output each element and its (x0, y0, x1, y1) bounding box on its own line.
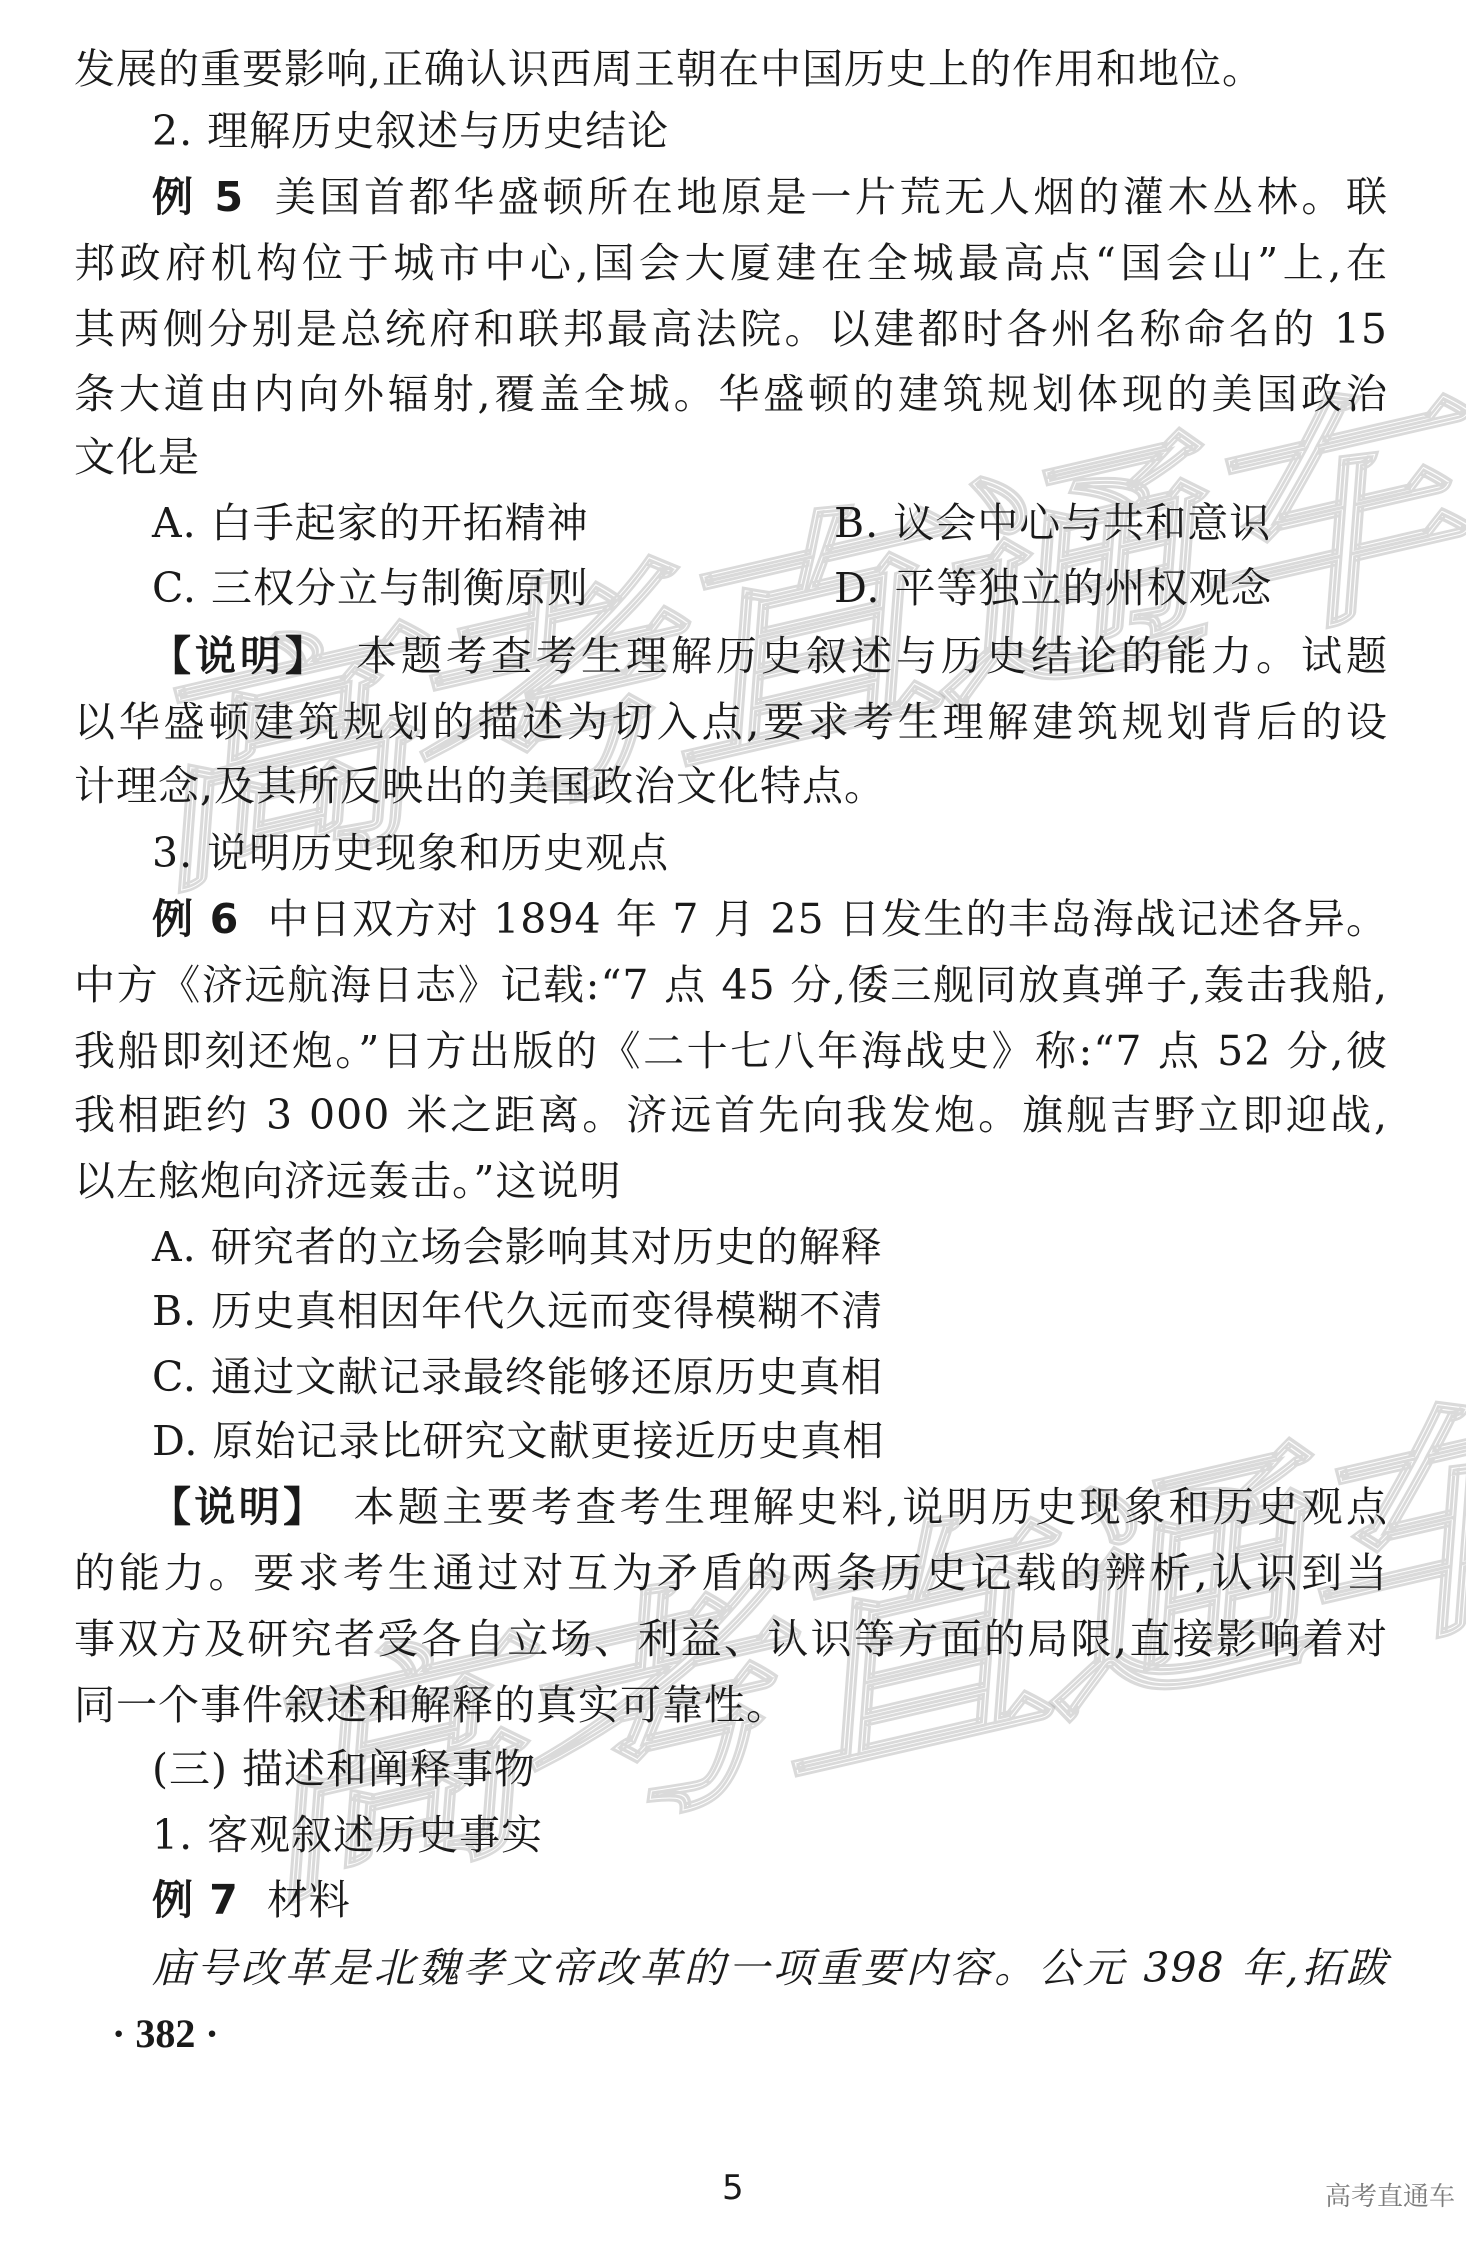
note-6-line-4: 同一个事件叙述和解释的真实可靠性。 (74, 1680, 788, 1730)
note-label: 【说明】 (150, 632, 330, 680)
note-5-line-3: 计理念,及其所反映出的美国政治文化特点。 (74, 761, 886, 811)
scan-page-number: 5 (722, 2168, 744, 2208)
material-label: 材料 (267, 1876, 351, 1924)
subheading-2: 2. 理解历史叙述与历史结论 (152, 106, 669, 156)
brand-logo-text: 高考直通车 (1325, 2176, 1455, 2213)
option-row-ab: A. 白手起家的开拓精神 B. 议会中心与共和意识 (152, 498, 1382, 548)
paragraph-line: 发展的重要影响,正确认识西周王朝在中国历史上的作用和地位。 (74, 44, 1388, 94)
example-5-label: 例 5 (152, 173, 244, 221)
example-6-line-2: 中方《济远航海日志》记载:“7 点 45 分,倭三舰同放真弹子,轰击我船, (74, 960, 1388, 1010)
note-label: 【说明】 (150, 1483, 327, 1531)
option-b: B. 历史真相因年代久远而变得模糊不清 (152, 1286, 883, 1336)
note-6-line-2: 的能力。要求考生通过对互为矛盾的两条历史记载的辨析,认识到当 (74, 1548, 1388, 1598)
subheading-1: 1. 客观叙述历史事实 (152, 1810, 543, 1860)
option-row-cd: C. 三权分立与制衡原则 D. 平等独立的州权观念 (152, 563, 1382, 613)
example-7-label: 例 7 (152, 1876, 239, 1924)
note-6-line-3: 事双方及研究者受各自立场、利益、认识等方面的局限,直接影响着对 (74, 1614, 1388, 1664)
example-5-line-1: 例 5美国首都华盛顿所在地原是一片荒无人烟的灌木丛林。联 (152, 172, 1388, 222)
option-b: B. 议会中心与共和意识 (834, 498, 1271, 548)
example-5-line-3: 其两侧分别是总统府和联邦最高法院。以建都时各州名称命名的 15 (74, 304, 1388, 354)
note-text: 本题主要考查考生理解史料,说明历史现象和历史观点 (353, 1483, 1388, 1531)
book-page-number: · 382 · (112, 2010, 219, 2057)
option-c: C. 三权分立与制衡原则 (152, 564, 589, 612)
example-6-line-5: 以左舷炮向济远轰击。”这说明 (74, 1156, 621, 1206)
note-5-line-1: 【说明】本题考查考生理解历史叙述与历史结论的能力。试题 (150, 631, 1388, 681)
option-d: D. 平等独立的州权观念 (834, 563, 1273, 613)
example-5-line-2: 邦政府机构位于城市中心,国会大厦建在全城最高点“国会山”上,在 (74, 238, 1388, 288)
example-6-text: 中日双方对 1894 年 7 月 25 日发生的丰岛海战记述各异。 (267, 895, 1388, 943)
example-6-line-3: 我船即刻还炮。”日方出版的《二十七八年海战史》称:“7 点 52 分,彼 (74, 1026, 1388, 1076)
example-7-line-1: 庙号改革是北魏孝文帝改革的一项重要内容。公元 398 年,拓跋 (152, 1943, 1388, 1993)
option-c: C. 通过文献记录最终能够还原历史真相 (152, 1352, 883, 1402)
example-6-line-4: 我相距约 3 000 米之距离。济远首先向我发炮。旗舰吉野立即迎战, (74, 1090, 1388, 1140)
note-6-line-1: 【说明】本题主要考查考生理解史料,说明历史现象和历史观点 (150, 1482, 1388, 1532)
option-a: A. 白手起家的开拓精神 (152, 499, 589, 547)
example-7-heading: 例 7材料 (152, 1875, 351, 1925)
note-5-line-2: 以华盛顿建筑规划的描述为切入点,要求考生理解建筑规划背后的设 (74, 697, 1388, 747)
example-5-line-4: 条大道由内向外辐射,覆盖全城。华盛顿的建筑规划体现的美国政治 (74, 369, 1388, 419)
example-5-text: 美国首都华盛顿所在地原是一片荒无人烟的灌木丛林。联 (272, 173, 1388, 221)
example-6-line-1: 例 6中日双方对 1894 年 7 月 25 日发生的丰岛海战记述各异。 (152, 894, 1388, 944)
section-heading-3: (三) 描述和阐释事物 (152, 1744, 536, 1794)
note-text: 本题考查考生理解历史叙述与历史结论的能力。试题 (356, 632, 1388, 680)
option-d: D. 原始记录比研究文献更接近历史真相 (152, 1416, 885, 1466)
subheading-3: 3. 说明历史现象和历史观点 (152, 828, 669, 878)
example-6-label: 例 6 (152, 895, 239, 943)
example-5-line-5: 文化是 (74, 432, 200, 482)
option-a: A. 研究者的立场会影响其对历史的解释 (152, 1222, 883, 1272)
